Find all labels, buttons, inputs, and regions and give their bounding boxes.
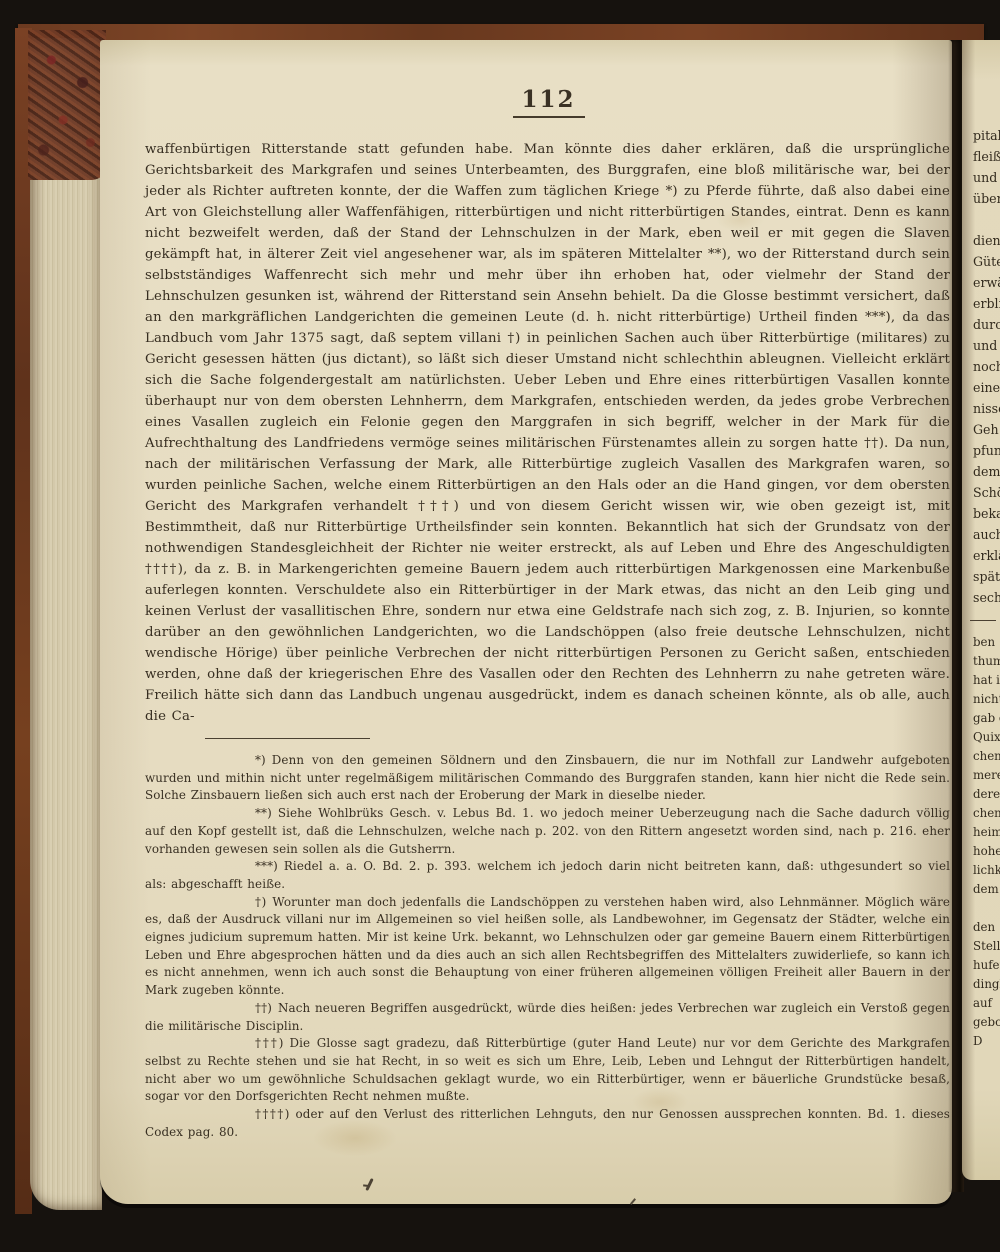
text-fragment: hoher [973,844,1000,863]
text-fragment: hat i [973,673,1000,692]
footnote: ††††)oder auf den Verlust des ritterlich… [145,1106,950,1141]
footnote-marker: ††††) [255,1107,296,1121]
page-number: 112 [521,86,575,113]
text-fragment: dem [973,464,1000,485]
footnote: *)Denn von den gemeinen Söldnern und den… [145,752,950,805]
next-page-footnote-rule [970,620,996,621]
text-fragment: dingl [973,977,1000,996]
next-page-sliver: pitale fleißig und über diener Güte erwä… [962,40,1000,1180]
text-fragment: Güte [973,254,1000,275]
ink-mark [365,1178,373,1191]
page-stack-fore-edge [30,38,102,1210]
text-fragment: und [973,338,1000,359]
next-page-text-fragments: pitale fleißig und über diener Güte erwä… [962,128,1000,611]
text-fragment: erklä [973,548,1000,569]
text-fragment: Stell [973,939,1000,958]
footnote-marker: *) [255,753,272,767]
footnotes: *)Denn von den gemeinen Söldnern und den… [145,752,950,1141]
text-fragment: pitale [973,128,1000,149]
text-fragment: den [973,920,1000,939]
text-fragment: merei [973,768,1000,787]
text-fragment: erblick [973,296,1000,317]
text-fragment: und [973,170,1000,191]
text-fragment: über [973,191,1000,212]
scan-background: 112 waffenbürtigen Ritterstande statt ge… [0,0,1000,1252]
text-fragment: D [973,1034,1000,1053]
footnote-marker: †) [255,895,272,909]
text-fragment: erwäl [973,275,1000,296]
ink-speck [630,1198,636,1205]
text-fragment: pfung [973,443,1000,464]
text-fragment: auch [973,527,1000,548]
page-header: 112 [145,86,952,118]
text-fragment: ben [973,635,1000,654]
next-page-footnote-fragments: ben thum hat i nicht gab e Quix chen mer… [962,635,1000,1053]
text-fragment: einer [973,380,1000,401]
footnote: ††)Nach neueren Begriffen ausgedrückt, w… [145,1000,950,1035]
footnote-marker: **) [255,806,278,820]
text-fragment: gab e [973,711,1000,730]
text-fragment: fleißig [973,149,1000,170]
text-fragment: auf [973,996,1000,1015]
text-fragment: durch [973,317,1000,338]
text-fragment: chen [973,749,1000,768]
text-fragment: Geh [973,422,1000,443]
text-fragment: Schö [973,485,1000,506]
text-fragment: noch [973,359,1000,380]
main-text-block: waffenbürtigen Ritterstande statt gefund… [145,139,950,727]
text-fragment: deren [973,787,1000,806]
text-fragment: diener [973,233,1000,254]
text-fragment: bekan [973,506,1000,527]
footnote-separator-rule [205,738,370,739]
footnote-marker: †††) [255,1036,290,1050]
text-fragment: hufen [973,958,1000,977]
marbled-cover-corner [28,30,106,180]
footnote: †)Worunter man doch jedenfalls die Lands… [145,894,950,1000]
page-number-rule [513,116,585,118]
text-fragment [973,901,1000,920]
text-fragment: gebo [973,1015,1000,1034]
text-fragment: nisse [973,401,1000,422]
book-cover-top-edge [18,24,984,40]
text-fragment: nicht [973,692,1000,711]
footnote: **)Siehe Wohlbrüks Gesch. v. Lebus Bd. 1… [145,805,950,858]
text-fragment: sechsz [973,590,1000,611]
text-fragment: thum [973,654,1000,673]
footnote: †††)Die Glosse sagt gradezu, daß Ritterb… [145,1035,950,1106]
text-fragment: chen [973,806,1000,825]
text-fragment: heimu [973,825,1000,844]
footnote-text: Worunter man doch jedenfalls die Landsch… [145,895,950,998]
footnote-marker: ††) [255,1001,278,1015]
footnote-marker: ***) [255,859,284,873]
text-fragment: später [973,569,1000,590]
text-fragment [973,212,1000,233]
text-fragment: Quix [973,730,1000,749]
text-fragment: lichk [973,863,1000,882]
page-content: 112 waffenbürtigen Ritterstande statt ge… [145,86,952,1141]
book-page-112: 112 waffenbürtigen Ritterstande statt ge… [100,40,952,1204]
text-fragment: dem [973,882,1000,901]
footnote: ***)Riedel a. a. O. Bd. 2. p. 393. welch… [145,858,950,893]
